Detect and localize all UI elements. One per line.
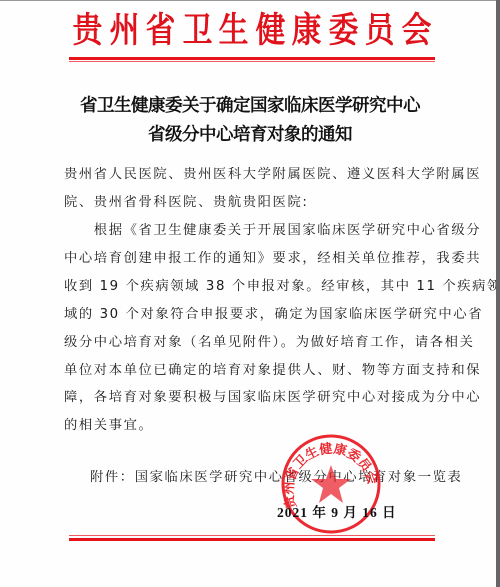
body-line: 收到 19 个疾病领域 38 个申报对象。经审核，其中 11 个疾病领 <box>64 275 434 294</box>
attachment-line: 附件：国家临床医学研究中心省级分中心培育对象一览表 <box>90 466 460 485</box>
header-rule-thick <box>69 57 435 60</box>
body-line: 的相关事宜。 <box>64 414 434 433</box>
header-rule-thin <box>69 61 435 62</box>
masthead: 贵 州 省 卫 生 健 康 委 员 会 <box>70 8 434 48</box>
addressee-line: 贵州省人民医院、贵州医科大学附属医院、遵义医科大学附属医 <box>64 163 434 182</box>
body-line: 域的 30 个对象符合申报要求，确定为国家临床医学研究中心省 <box>64 303 434 322</box>
masthead-char: 贵 <box>73 3 103 53</box>
document-page: 贵 州 省 卫 生 健 康 委 员 会 省卫生健康委关于确定国家临床医学研究中心… <box>0 0 496 587</box>
body-line: 单位对本单位已确定的培育对象提供人、财、物等方面支持和保 <box>64 359 434 378</box>
masthead-char: 省 <box>146 3 176 53</box>
masthead-char: 州 <box>109 3 139 53</box>
addressee-line: 院、贵州省骨科医院、贵航贵阳医院: <box>64 191 434 210</box>
body-line: 障，各培育对象要积极与国家临床医学研究中心对接成为分中心 <box>64 386 434 405</box>
masthead-char: 员 <box>365 3 395 53</box>
issue-date: 2021 年 9 月 16 日 <box>277 501 397 521</box>
viewer-scrollbar-edge[interactable] <box>496 0 500 587</box>
document-title-line-1: 省卫生健康委关于确定国家临床医学研究中心 <box>40 92 460 117</box>
masthead-char: 卫 <box>182 3 212 53</box>
masthead-char: 健 <box>255 3 285 53</box>
footer-rule-thick <box>69 538 435 541</box>
body-line: 级分中心培育对象（名单见附件）。为做好培育工作，请各相关 <box>64 331 434 350</box>
body-line: 根据《省卫生健康委关于开展国家临床医学研究中心省级分 <box>64 219 434 238</box>
masthead-char: 生 <box>219 3 249 53</box>
body-line: 中心培育创建申报工作的通知》要求，经相关单位推荐，我委共 <box>64 247 434 266</box>
document-title-line-2: 省级分中心培育对象的通知 <box>40 121 460 146</box>
footer-rule-thin <box>69 535 435 536</box>
masthead-char: 康 <box>292 3 322 53</box>
masthead-char: 委 <box>328 3 358 53</box>
masthead-char: 会 <box>402 3 432 53</box>
page-top-border <box>0 0 496 1</box>
